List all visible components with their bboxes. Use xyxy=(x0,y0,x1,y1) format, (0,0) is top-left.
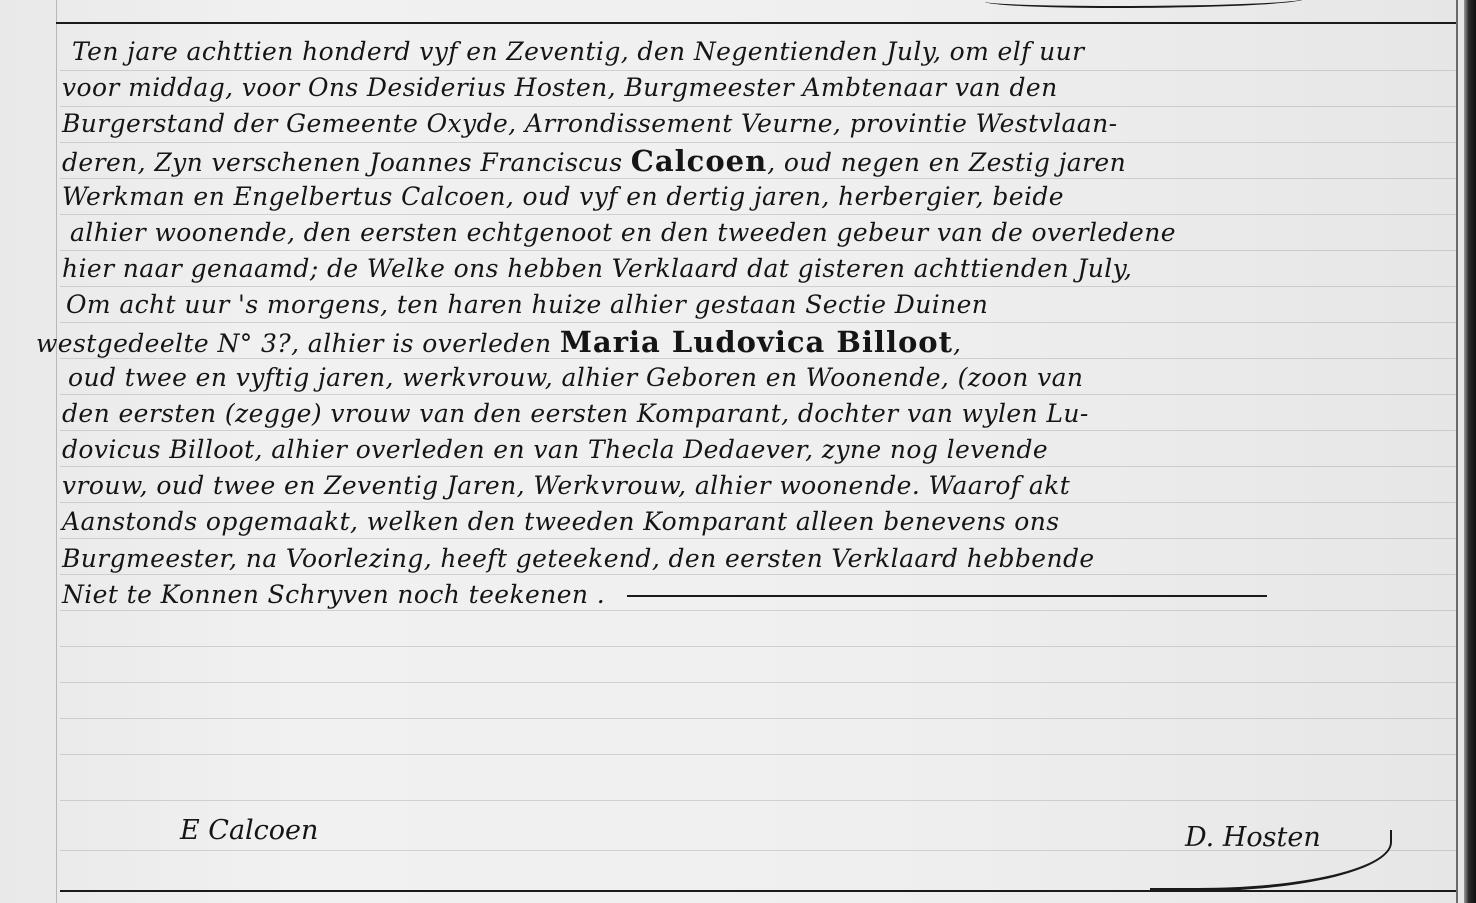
record-line: dovicus Billoot, alhier overleden en van… xyxy=(62,432,1452,468)
declarant-surname: Calcoen xyxy=(631,144,767,178)
line-text: westgedeelte N° 3?, alhier is overleden xyxy=(36,329,551,358)
record-line: hier naar genaamd; de Welke ons hebben V… xyxy=(62,251,1452,287)
record-line: den eersten (zegge) vrouw van den eerste… xyxy=(62,396,1452,432)
line-text: Niet te Konnen Schryven noch teekenen xyxy=(62,580,588,609)
ruled-line xyxy=(60,754,1456,755)
ruled-line xyxy=(60,800,1456,801)
record-line: oud twee en vyftig jaren, werkvrouw, alh… xyxy=(62,360,1452,396)
margin-line xyxy=(56,0,57,903)
page-edge-line xyxy=(1456,0,1458,903)
record-text: Ten jare achttien honderd vyf en Zeventi… xyxy=(62,34,1452,613)
ruled-line xyxy=(60,646,1456,647)
deceased-name: Maria Ludovica Billoot xyxy=(560,325,953,359)
record-line: vrouw, oud twee en Zeventig Jaren, Werkv… xyxy=(62,468,1452,504)
end-punctuation: . xyxy=(597,580,605,609)
ruled-line xyxy=(60,718,1456,719)
line-text: , xyxy=(953,329,961,358)
signature-d-hosten: D. Hosten xyxy=(1185,822,1321,853)
line-text: , oud negen en Zestig jaren xyxy=(767,148,1126,177)
register-page: Ten jare achttien honderd vyf en Zeventi… xyxy=(0,0,1476,903)
record-line: alhier woonende, den eersten echtgenoot … xyxy=(62,215,1452,251)
line-text: deren, Zyn verschenen Joannes Franciscus xyxy=(62,148,622,177)
record-line: Burgmeester, na Voorlezing, heeft geteek… xyxy=(62,541,1452,577)
previous-record-flourish xyxy=(985,0,1305,8)
record-line: Werkman en Engelbertus Calcoen, oud vyf … xyxy=(62,179,1452,215)
bottom-separator-rule xyxy=(60,890,1456,892)
record-line: deren, Zyn verschenen Joannes Franciscus… xyxy=(62,143,1452,179)
closing-rule xyxy=(627,595,1267,597)
record-line: Burgerstand der Gemeente Oxyde, Arrondis… xyxy=(62,106,1452,142)
record-line: westgedeelte N° 3?, alhier is overleden … xyxy=(36,324,1452,360)
book-binding xyxy=(1464,0,1476,903)
record-line: Aanstonds opgemaakt, welken den tweeden … xyxy=(62,504,1452,540)
record-line: voor middag, voor Ons Desiderius Hosten,… xyxy=(62,70,1452,106)
record-line: Niet te Konnen Schryven noch teekenen . xyxy=(62,577,1452,613)
top-separator-rule xyxy=(56,22,1456,24)
signature-e-calcoen: E Calcoen xyxy=(180,815,318,846)
ruled-line xyxy=(60,682,1456,683)
record-line: Om acht uur 's morgens, ten haren huize … xyxy=(62,287,1452,323)
record-line: Ten jare achttien honderd vyf en Zeventi… xyxy=(62,34,1452,70)
